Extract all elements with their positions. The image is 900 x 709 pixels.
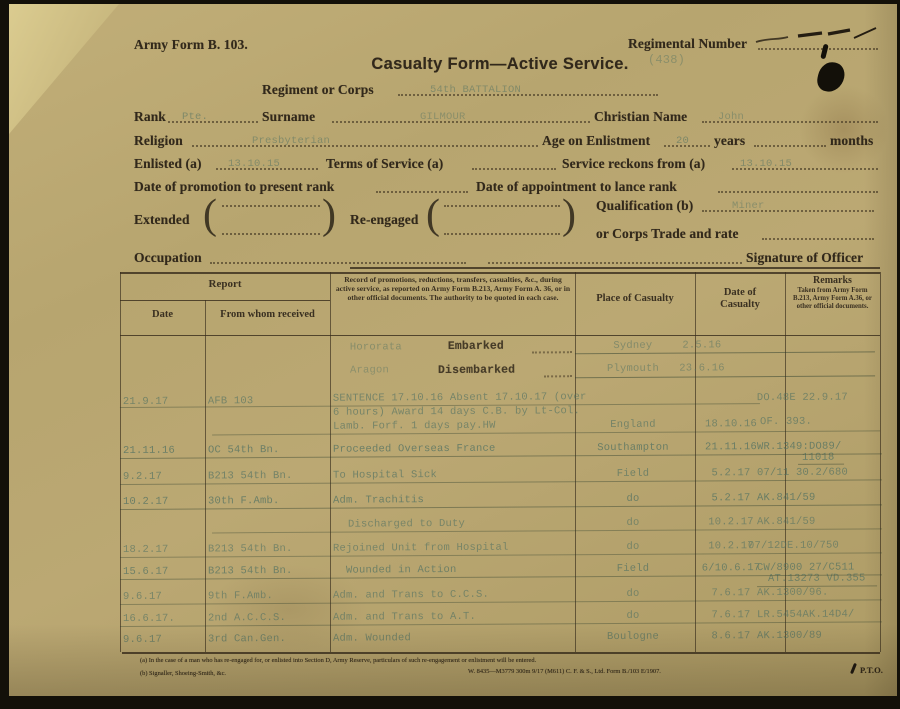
report-date: 9.2.17 bbox=[123, 471, 162, 483]
report-date: 18.2.17 bbox=[123, 544, 169, 556]
terms-line bbox=[472, 166, 556, 170]
footnote-a: (a) In the case of a man who has re-enga… bbox=[140, 657, 536, 664]
ship-name: Hororata bbox=[350, 341, 402, 353]
enlisted-value: 13.10.15 bbox=[228, 158, 280, 170]
years-label: years bbox=[714, 133, 745, 149]
rank-label: Rank bbox=[134, 109, 166, 125]
extended-line-2 bbox=[222, 231, 320, 235]
place-value: do bbox=[575, 493, 691, 506]
disembarked-dots bbox=[544, 373, 572, 377]
report-date: 21.11.16 bbox=[123, 445, 175, 457]
embark-date: 2.5.16 bbox=[658, 339, 746, 352]
regiment-value: 54th BATTALION bbox=[430, 84, 521, 96]
table-bottom-border bbox=[122, 652, 880, 654]
report-underline bbox=[120, 300, 330, 301]
disembarked-label: Disembarked bbox=[438, 364, 515, 377]
report-from: B213 54th Bn. bbox=[208, 565, 293, 578]
pto-label: P.T.O. bbox=[860, 665, 883, 675]
remarks-line: AK.1300/89 bbox=[757, 630, 822, 642]
religion-line bbox=[192, 143, 538, 147]
months-line bbox=[754, 143, 826, 147]
rank-value: Pte. bbox=[182, 111, 208, 123]
months-label: months bbox=[830, 133, 873, 149]
footnote-b: (b) Signaller, Shoeing-Smith, &c. bbox=[140, 670, 226, 677]
promotion-line bbox=[376, 189, 468, 193]
page-curl bbox=[9, 4, 119, 134]
reengaged-line-1 bbox=[444, 203, 560, 207]
religion-label: Religion bbox=[134, 133, 183, 149]
embarked-label: Embarked bbox=[448, 340, 504, 353]
place-value: Southampton bbox=[575, 442, 691, 455]
disembark-date: 23.6.16 bbox=[658, 362, 746, 375]
regimental-number-label: Regimental Number bbox=[628, 36, 747, 52]
remarks-line: 07/11 30.2/680 bbox=[757, 467, 848, 480]
record-line: Adm. Wounded bbox=[333, 632, 411, 644]
report-date: 16.6.17. bbox=[123, 613, 175, 625]
pen-scribble bbox=[752, 24, 882, 48]
christian-name-label: Christian Name bbox=[594, 109, 687, 125]
christian-name-value: John bbox=[718, 111, 744, 123]
ship-name: Aragon bbox=[350, 364, 389, 376]
bracket-close-icon: ) bbox=[562, 194, 576, 236]
place-value: England bbox=[575, 419, 691, 432]
record-line: To Hospital Sick bbox=[333, 469, 437, 482]
remarks-line: AK.1300/96. bbox=[757, 587, 829, 599]
record-line: Adm. Trachitis bbox=[333, 494, 424, 507]
occupation-line-1 bbox=[210, 260, 466, 264]
remarks-line: 07/12DE.10/750 bbox=[748, 540, 839, 553]
extended-line-1 bbox=[222, 203, 320, 207]
row-rule bbox=[212, 430, 880, 435]
record-line: Rejoined Unit from Hospital bbox=[333, 542, 509, 555]
header-underline bbox=[120, 335, 880, 336]
bracket-open-icon: ( bbox=[203, 194, 217, 236]
place-value: Field bbox=[575, 563, 691, 576]
bracket-close-icon: ) bbox=[322, 194, 336, 236]
page-title: Casualty Form—Active Service. bbox=[300, 55, 700, 74]
report-from: 9th F.Amb. bbox=[208, 590, 273, 602]
report-from: OC 54th Bn. bbox=[208, 444, 280, 456]
place-value: Field bbox=[575, 468, 691, 481]
terms-label: Terms of Service (a) bbox=[326, 156, 443, 172]
printer-imprint: W. 8435—M3779 300m 9/17 (M611) C. F. & S… bbox=[468, 668, 661, 675]
promotion-label: Date of promotion to present rank bbox=[134, 179, 334, 195]
table-row: 21.9.17 AFB 103 SENTENCE 17.10.16 Absent… bbox=[120, 389, 882, 440]
qualification-value: Miner bbox=[732, 200, 765, 212]
lance-label: Date of appointment to lance rank bbox=[476, 179, 677, 195]
report-date: 9.6.17 bbox=[123, 634, 162, 646]
record-line: Adm. and Trans to C.C.S. bbox=[333, 589, 489, 602]
date-header: Date bbox=[120, 309, 205, 320]
report-from: 30th F.Amb. bbox=[208, 495, 280, 507]
report-from: B213 54th Bn. bbox=[208, 543, 293, 556]
corps-trade-line bbox=[762, 236, 874, 240]
qualification-line bbox=[702, 208, 874, 212]
scan-border-bottom bbox=[0, 696, 900, 709]
cas-date-header-1: Date of bbox=[695, 287, 785, 298]
remarks-line: AK.841/59 bbox=[757, 492, 816, 504]
place-value: Boulogne bbox=[575, 631, 691, 644]
reckons-label: Service reckons from (a) bbox=[562, 156, 705, 172]
remarks-header: Remarks bbox=[785, 275, 880, 286]
remarks-subheader: Taken from Army Form B.213, Army Form A.… bbox=[788, 287, 877, 310]
paper-stain bbox=[799, 84, 889, 174]
record-header: Record of promotions, reductions, transf… bbox=[334, 275, 572, 302]
extended-label: Extended bbox=[134, 212, 190, 228]
report-date: 15.6.17 bbox=[123, 566, 169, 578]
place-value: do bbox=[575, 588, 691, 601]
record-line: Proceeded Overseas France bbox=[333, 443, 496, 456]
record-line: 6 hours) Award 14 days C.B. by Lt-Col. bbox=[333, 405, 580, 419]
scan-border-left bbox=[0, 0, 9, 709]
religion-value: Presbyterian bbox=[252, 135, 330, 147]
record-line: SENTENCE 17.10.16 Absent 17.10.17 (over bbox=[333, 391, 587, 405]
surname-label: Surname bbox=[262, 109, 315, 125]
report-date: 10.2.17 bbox=[123, 496, 169, 508]
embarked-dots bbox=[532, 349, 572, 353]
embarkation-row: Hororata Embarked Sydney 2.5.16 Aragon D… bbox=[120, 336, 882, 387]
report-header: Report bbox=[120, 278, 330, 290]
table-top-border bbox=[120, 272, 880, 274]
bracket-open-icon: ( bbox=[426, 194, 440, 236]
place-header: Place of Casualty bbox=[575, 293, 695, 304]
occupation-line-2 bbox=[488, 260, 742, 264]
report-from: B213 54th Bn. bbox=[208, 470, 293, 483]
report-from: 2nd A.C.C.S. bbox=[208, 612, 286, 624]
remarks-line: LR.5454AK.14D4/ bbox=[757, 609, 855, 622]
reengaged-label: Re-engaged bbox=[350, 212, 419, 228]
report-date: 9.6.17 bbox=[123, 591, 162, 603]
row-rule bbox=[798, 464, 844, 465]
regiment-label: Regiment or Corps bbox=[262, 82, 374, 98]
occupation-label: Occupation bbox=[134, 250, 202, 266]
place-value: do bbox=[575, 610, 691, 623]
scan-border-top bbox=[0, 0, 900, 4]
reckons-value: 13.10.15 bbox=[740, 158, 792, 170]
place-value: do bbox=[575, 517, 691, 530]
remarks-line: OF. 393. bbox=[760, 416, 812, 428]
form-id: Army Form B. 103. bbox=[134, 37, 248, 53]
scanned-casualty-form: Army Form B. 103. Regimental Number (438… bbox=[0, 0, 900, 709]
enlisted-label: Enlisted (a) bbox=[134, 156, 202, 172]
from-header: From whom received bbox=[205, 309, 330, 320]
reengaged-line-2 bbox=[444, 231, 560, 235]
lance-line bbox=[718, 189, 878, 193]
surname-value: GILMOUR bbox=[420, 111, 466, 123]
age-value: 20 bbox=[676, 135, 689, 147]
report-from: 3rd Can.Gen. bbox=[208, 633, 286, 645]
corps-trade-label: or Corps Trade and rate bbox=[596, 226, 739, 242]
record-line: Adm. and Trans to A.T. bbox=[333, 611, 476, 624]
remarks-line: DO.48E 22.9.17 bbox=[757, 392, 848, 405]
remarks-line: AK.841/59 bbox=[757, 516, 816, 528]
record-line: Lamb. Forf. 1 days pay.HW bbox=[333, 420, 496, 433]
place-value: do bbox=[575, 541, 691, 554]
row-rule bbox=[575, 375, 875, 378]
qualification-label: Qualification (b) bbox=[596, 198, 693, 214]
age-label: Age on Enlistment bbox=[542, 133, 650, 149]
cas-date-header-2: Casualty bbox=[695, 299, 785, 310]
record-line: Discharged to Duty bbox=[348, 518, 465, 531]
signature-rule bbox=[350, 267, 880, 269]
signature-label: Signature of Officer bbox=[746, 250, 863, 266]
record-line: Wounded in Action bbox=[346, 564, 457, 577]
